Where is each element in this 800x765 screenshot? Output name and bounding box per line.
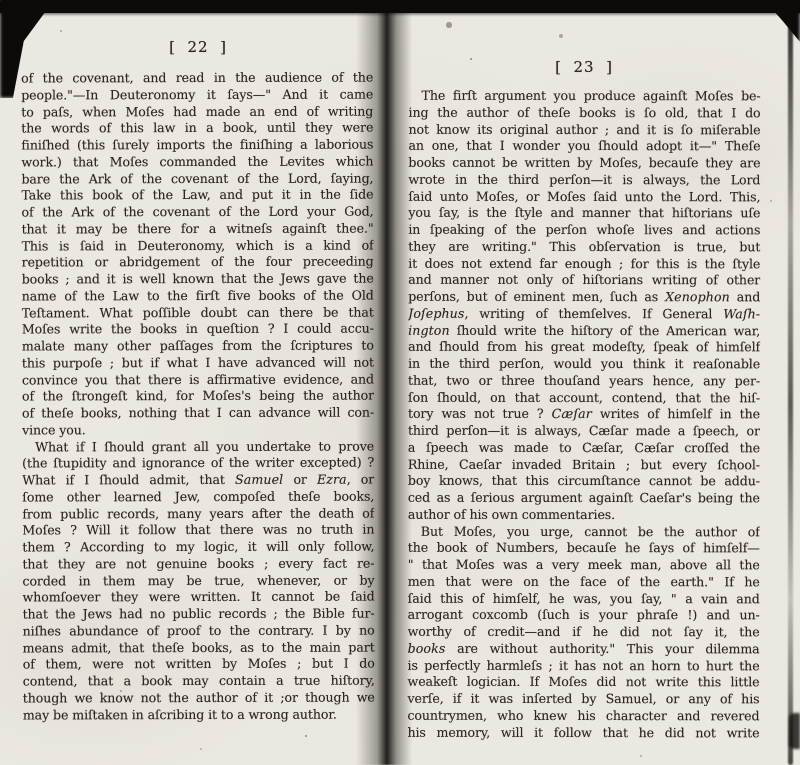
text-line: But Moſes, you urge, cannot be the autho… (408, 523, 760, 540)
text-line: tory was not true ? Cæſar writes of himſ… (408, 406, 760, 423)
text-line: wrote in the third perſon—it is always, … (408, 171, 760, 188)
text-line: from public records, many years after th… (22, 505, 374, 523)
text-line: and ſhould from his great modeſty, ſpeak… (408, 339, 760, 356)
text-line: perſons, but of eminent men, ſuch as Xen… (408, 289, 760, 306)
text-line: Rhine, Caeſar invaded Britain ; but ever… (408, 456, 760, 473)
text-line: Moſes ? Will it follow that there was no… (22, 522, 374, 540)
text-line: name of the Law to the firſt five books … (22, 287, 374, 305)
text-line: books cannot be written by Moſes, becauſ… (408, 155, 760, 172)
text-line: weakeſt logician. If Moſes did not write… (408, 674, 760, 691)
scan-noise-specks (0, 0, 2, 2)
text-line: arrogant coxcomb (ſuch is your phraſe !)… (408, 607, 760, 624)
text-line: ſaid this of himſelf, he was, you ſay, "… (408, 590, 760, 607)
text-line: " that Moſes was a very meek man, above … (408, 557, 760, 574)
text-line: books are without authority." This your … (408, 640, 760, 657)
text-line: of the covenant, and read in the audienc… (21, 70, 373, 88)
text-line: work.) that Moſes commanded the Levites … (21, 153, 373, 171)
text-line: to paſs, when Moſes had made an end of w… (21, 103, 373, 121)
text-line: in the third perſon, would you think it … (408, 356, 760, 373)
text-line: they are writing." This obſervation is t… (408, 238, 760, 255)
text-line: ſaid unto Moſes, or Moſes ſaid unto the … (408, 188, 760, 205)
page-23-text-column: The firſt argument you produce againſt M… (407, 88, 760, 742)
text-line: ſon ſhould, on that account, contend, th… (408, 389, 760, 406)
text-line: may be miſtaken in aſcribing it to a wro… (23, 706, 375, 724)
text-line: men that were on the face of the earth."… (408, 573, 760, 590)
text-line: Joſephus, writing of themſelves. If Gene… (408, 305, 760, 322)
text-line: that the Jews had no public records ; th… (23, 606, 375, 624)
text-line: Moſes write the books in queſtion ? I co… (22, 321, 374, 339)
text-line: that they are not genuine books ; every … (22, 555, 374, 573)
text-line: means admit, that theſe books, as to the… (23, 639, 375, 657)
text-line: books ; and it is well known that the Je… (22, 271, 374, 289)
text-line: niſhes abundance of proof to the contrar… (23, 622, 375, 640)
page-number-23: [ 23 ] (408, 58, 760, 76)
text-line: this purpoſe ; but if what I have advanc… (22, 354, 374, 372)
text-line: corded in them may be true, whenever, or… (22, 572, 374, 590)
text-line: of theſe books, nothing that I can advan… (22, 405, 374, 423)
scan-right-edge-shadow (788, 12, 793, 765)
text-line: bare the Ark of the covenant of the Lord… (21, 170, 373, 188)
text-line: of the Ark of the covenant of the Lord y… (21, 204, 373, 222)
text-line: and manner not only of hiſtorians writin… (408, 272, 760, 289)
text-line: you ſay, is the ſtyle and manner that hi… (408, 205, 760, 222)
text-line: The firſt argument you produce againſt M… (409, 88, 761, 105)
text-line: vince you. (22, 421, 374, 439)
text-line: countrymen, who knew his character and r… (407, 707, 759, 724)
text-line: it does not extend far enough ; for this… (408, 255, 760, 272)
text-line: repetition or abridgement of the four pr… (22, 254, 374, 272)
text-line: though we know not the author of it ;or … (23, 689, 375, 707)
scanned-book-spread: [ 22 ] [ 23 ] of the covenant, and read … (0, 0, 800, 765)
text-line: in ſpeaking of the perſon whoſe lives an… (408, 222, 760, 239)
text-line: boy knows, that this circumſtance cannot… (408, 473, 760, 490)
text-line: convince you that there is affirmative e… (22, 371, 374, 389)
text-line: verſe, if it was inſerted by Samuel, or … (407, 691, 759, 708)
text-line: ington ſhould write the hiſtory of the A… (408, 322, 760, 339)
text-line: of them, were not written by Moſes ; but… (23, 656, 375, 674)
scan-corner-blotch-top-right (764, 0, 800, 42)
text-line: Take this book of the Law, and put it in… (21, 187, 373, 205)
text-line: his memory, will it follow that he did n… (407, 724, 759, 741)
text-line: not know its original author ; and it is… (408, 121, 760, 138)
text-line: a ſpeech was made to Cæſar, Cæſar croſſe… (408, 439, 760, 456)
text-line: contend, that a book may contain a true … (23, 673, 375, 691)
scan-bottom-right-mark (789, 713, 800, 749)
text-line: whomſoever they were written. It cannot … (23, 589, 375, 607)
text-line: What if I ſhould admit, that Samuel or E… (22, 472, 374, 490)
text-line: ſome other learned Jew, compoſed theſe b… (22, 488, 374, 506)
text-line: ing the author of theſe books is ſo old,… (409, 104, 761, 121)
page-number-22: [ 22 ] (22, 38, 374, 56)
text-line: that it may be there for a witneſs again… (22, 220, 374, 238)
text-line: What if I ſhould grant all you undertake… (22, 438, 374, 456)
text-line: (the ſtupidity and ignorance of the writ… (22, 455, 374, 473)
text-line: an one, that I wonder you ſhould adopt i… (408, 138, 760, 155)
text-line: third perſon—it is always, Cæſar made a … (408, 423, 760, 440)
text-line: author of his own commentaries. (408, 506, 760, 523)
text-line: finiſhed (this ſurely imports the finiſh… (21, 137, 373, 155)
text-line: the book of Numbers, becauſe he ſays of … (408, 540, 760, 557)
scan-top-edge-shadow (0, 0, 800, 13)
text-line: ced as a ſerious argument againſt Caeſar… (408, 490, 760, 507)
text-line: This is ſaid in Deuteronomy, which is a … (22, 237, 374, 255)
page-22-text-column: of the covenant, and read in the audienc… (21, 70, 375, 724)
text-line: worthy of credit—and if he did not ſay i… (408, 624, 760, 641)
text-line: that, two or three thouſand years hence,… (408, 372, 760, 389)
text-line: them ? According to my logic, it will on… (22, 539, 374, 557)
text-line: Teſtament. What poſſible doubt can there… (22, 304, 374, 322)
text-line: people."—In Deuteronomy it ſays—" And it… (21, 86, 373, 104)
text-line: of the ſtrongeſt kind, for Moſes's being… (22, 388, 374, 406)
text-line: the words of this law in a book, until t… (21, 120, 373, 138)
text-line: is perfectly harmleſs ; it has not an ho… (408, 657, 760, 674)
text-line: malate many other paſſages from the ſcri… (22, 338, 374, 356)
